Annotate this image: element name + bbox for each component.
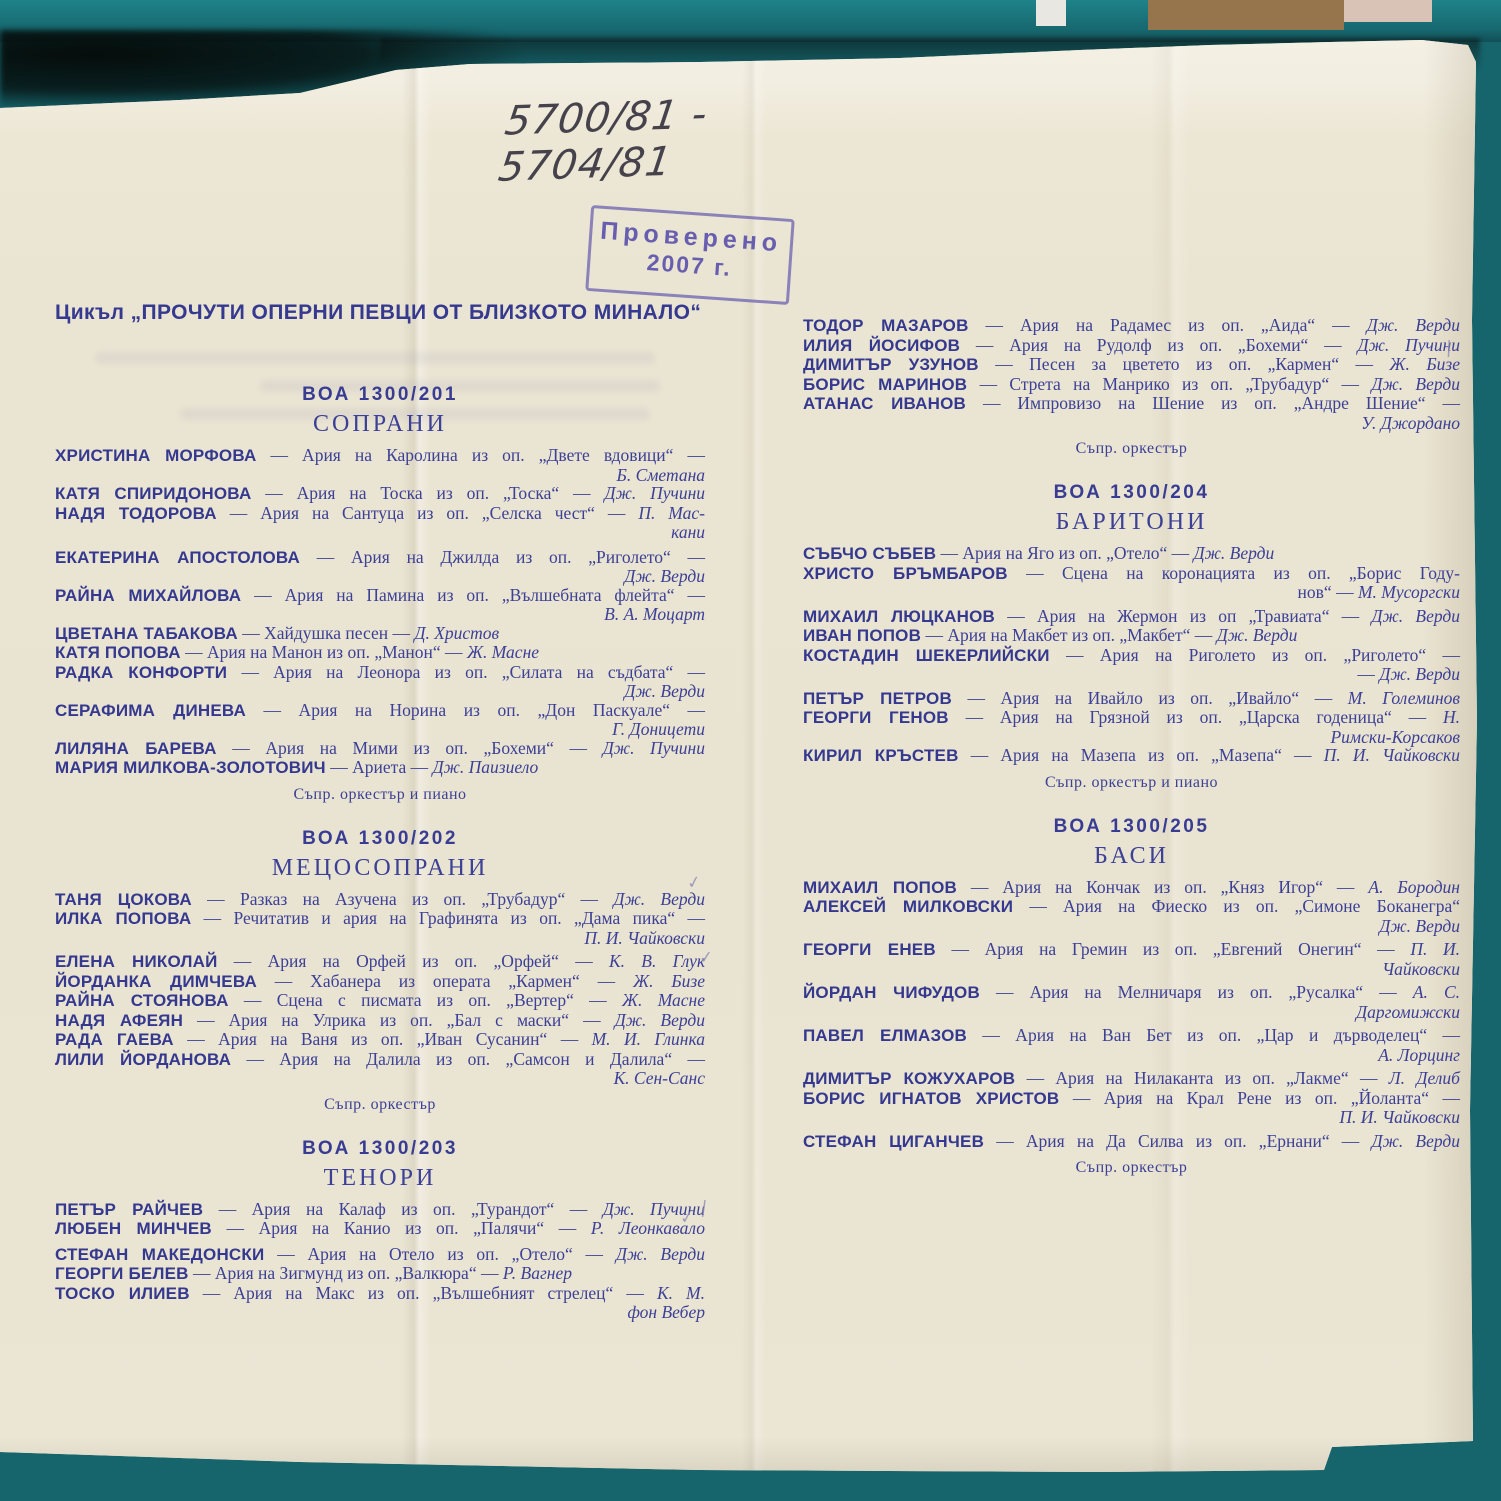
composer-name: П. И. Чайковски — [1324, 745, 1460, 765]
entry-line: фон Вебер — [55, 1303, 705, 1322]
composer-name: Ж. Масне — [467, 642, 539, 662]
list-entry: СЕРАФИМА ДИНЕВА — Ария на Норина из оп. … — [55, 701, 705, 739]
work-text: нов“ — — [1298, 582, 1358, 602]
work-text: — Ария на Норина из оп. „Дон Паскуале“ — — [246, 700, 705, 720]
entry-line: ЙОРДАН ЧИФУДОВ — Ария на Мелничаря из оп… — [803, 983, 1460, 1003]
composer-name: Римски-Корсаков — [1330, 727, 1460, 747]
pen-checkmark: | — [700, 1198, 708, 1219]
entry-line: Римски-Корсаков — [803, 728, 1460, 747]
list-entry: ГЕОРГИ ГЕНОВ — Ария на Грязной из оп. „Ц… — [803, 708, 1460, 746]
entry-line: У. Джордано — [803, 414, 1460, 433]
composer-name: Дж. Пучини — [604, 483, 705, 503]
entry-line: ТОСКО ИЛИЕВ — Ария на Макс из оп. „Вълше… — [55, 1284, 705, 1304]
pen-checkmark: | — [1445, 338, 1452, 358]
singer-name: ГЕОРГИ ГЕНОВ — [803, 708, 949, 727]
voice-type-heading: МЕЦОСОПРАНИ — [55, 854, 705, 882]
composer-name: Дж. Паизиело — [432, 757, 538, 777]
list-entry: ГЕОРГИ ЕНЕВ — Ария на Гремин из оп. „Евг… — [803, 940, 1460, 978]
singer-name: ИЛИЯ ЙОСИФОВ — [803, 336, 960, 355]
entry-line: ПЕТЪР ПЕТРОВ — Ария на Ивайло из оп. „Ив… — [803, 689, 1460, 709]
entry-line: К. Сен-Санс — [55, 1069, 705, 1088]
singer-name: ПЕТЪР ПЕТРОВ — [803, 689, 952, 708]
composer-name: У. Джордано — [1361, 413, 1460, 433]
composer-name: Дж. Верди — [1194, 543, 1275, 563]
entry-line: МАРИЯ МИЛКОВА-ЗОЛОТОВИЧ — Ариета — Дж. П… — [55, 758, 705, 778]
entry-line: БОРИС ИГНАТОВ ХРИСТОВ — Ария на Крал Рен… — [803, 1089, 1460, 1109]
singer-name: АТАНАС ИВАНОВ — [803, 394, 966, 413]
entry-line: Дж. Верди — [55, 682, 705, 701]
singer-name: ДИМИТЪР УЗУНОВ — [803, 355, 979, 374]
list-entry: ПЕТЪР РАЙЧЕВ — Ария на Калаф из оп. „Тур… — [55, 1200, 705, 1220]
work-text: — Импровизо на Шение из оп. „Андре Шение… — [966, 393, 1460, 413]
composer-name: В. А. Моцарт — [604, 604, 705, 624]
entry-line: Б. Сметана — [55, 466, 705, 485]
work-text: — Ария на Риголето из оп. „Риголето“ — — [1050, 645, 1460, 665]
singer-name: ЙОРДАН ЧИФУДОВ — [803, 983, 980, 1002]
work-text: — Ария на Крал Рене из оп. „Йоланта“ — — [1059, 1088, 1460, 1108]
composer-name: Ж. Бизе — [633, 971, 705, 991]
composer-name: Дж. Верди — [624, 681, 705, 701]
work-text: — Ария на Улрика из оп. „Бал с маски“ — — [183, 1010, 615, 1030]
entry-line: ТОДОР МАЗАРОВ — Ария на Радамес из оп. „… — [803, 316, 1460, 336]
list-entry: ХРИСТО БРЪМБАРОВ — Сцена на коронацията … — [803, 564, 1460, 602]
composer-name: Н. — [1443, 707, 1460, 727]
list-entry: ЛИЛИ ЙОРДАНОВА — Ария на Далила из оп. „… — [55, 1050, 705, 1088]
list-entry: МИХАИЛ ПОПОВ — Ария на Кончак из оп. „Кн… — [803, 878, 1460, 898]
entry-line: РАЙНА СТОЯНОВА — Сцена с писмата из оп. … — [55, 991, 705, 1011]
list-entry: ТОСКО ИЛИЕВ — Ария на Макс из оп. „Вълше… — [55, 1284, 705, 1322]
work-text: — Речитатив и ария на Графинята из оп. „… — [191, 908, 705, 928]
entry-line: Чайковски — [803, 960, 1460, 979]
composer-name: П. И. Чайковски — [584, 928, 705, 948]
composer-name: К. Сен-Санс — [614, 1068, 705, 1088]
list-entry: СТЕФАН МАКЕДОНСКИ — Ария на Отело из оп.… — [55, 1245, 705, 1265]
scanned-record-sleeve: { "handwriting": "5700/81 - 5704/81", "s… — [0, 0, 1501, 1501]
singer-name: РАЙНА МИХАЙЛОВА — [55, 586, 241, 605]
singer-name: ХРИСТИНА МОРФОВА — [55, 446, 256, 465]
composer-name: А. С. — [1413, 982, 1460, 1002]
catalog-number: ВОА 1300/205 — [803, 816, 1460, 838]
singer-name: АЛЕКСЕЙ МИЛКОВСКИ — [803, 897, 1013, 916]
entry-line: А. Лорцинг — [803, 1046, 1460, 1065]
entry-line: — Дж. Верди — [803, 665, 1460, 684]
singer-name: ЕЛЕНА НИКОЛАЙ — [55, 952, 218, 971]
entry-line: ЦВЕТАНА ТАБАКОВА — Хайдушка песен — Д. Х… — [55, 624, 705, 644]
list-entry: КАТЯ ПОПОВА — Ария на Манон из оп. „Мано… — [55, 643, 705, 663]
singer-name: РАДА ГАЕВА — [55, 1030, 174, 1049]
entry-line: Даргомижски — [803, 1003, 1460, 1022]
work-text: — Хайдушка песен — — [238, 623, 414, 643]
work-text: — Ария на Тоска из оп. „Тоска“ — — [251, 483, 604, 503]
entry-line: МИХАИЛ ЛЮЦКАНОВ — Ария на Жермон из оп „… — [803, 607, 1460, 627]
work-text: — Ария на Мелничаря из оп. „Русалка“ — — [980, 982, 1413, 1002]
voice-type-heading: ТЕНОРИ — [55, 1164, 705, 1192]
work-text: — Разказ на Азучена из оп. „Трубадур“ — — [192, 889, 613, 909]
singer-name: РАДКА КОНФОРТИ — [55, 663, 227, 682]
work-text: — Стрета на Манрико из оп. „Трубадур“ — — [967, 374, 1371, 394]
entry-line: РАДКА КОНФОРТИ — Ария на Леонора из оп. … — [55, 663, 705, 683]
work-text: — Ария на Памина из оп. „Вълшебната флей… — [241, 585, 705, 605]
entry-line: ДИМИТЪР УЗУНОВ — Песен за цветето из оп.… — [803, 355, 1460, 375]
entry-line: КАТЯ СПИРИДОНОВА — Ария на Тоска из оп. … — [55, 484, 705, 504]
composer-name: кани — [671, 522, 705, 542]
composer-name: М. И. Глинка — [592, 1029, 705, 1049]
composer-name: Ж. Масне — [622, 990, 705, 1010]
composer-name: Дж. Верди — [1371, 606, 1460, 626]
list-entry: КОСТАДИН ШЕКЕРЛИЙСКИ — Ария на Риголето … — [803, 646, 1460, 684]
entry-line: ГЕОРГИ БЕЛЕВ — Ария на Зигмунд из оп. „В… — [55, 1264, 705, 1284]
entry-line: РАЙНА МИХАЙЛОВА — Ария на Памина из оп. … — [55, 586, 705, 606]
entry-line: кани — [55, 523, 705, 542]
work-text: — Сцена с писмата из оп. „Вертер“ — — [229, 990, 622, 1010]
composer-name: Дж. Верди — [1379, 916, 1460, 936]
record-sleeve-back-cover: 5700/81 - 5704/81 Проверено 2007 г. Цикъ… — [0, 0, 1501, 1501]
composer-name: П. И. Чайковски — [1339, 1107, 1460, 1127]
singer-name: КАТЯ ПОПОВА — [55, 643, 181, 662]
singer-name: МАРИЯ МИЛКОВА-ЗОЛОТОВИЧ — [55, 758, 326, 777]
list-entry: СТЕФАН ЦИГАНЧЕВ — Ария на Да Силва из оп… — [803, 1132, 1460, 1152]
work-text: — Ария на Мими из оп. „Бохеми“ — — [217, 738, 603, 758]
singer-name: СТЕФАН МАКЕДОНСКИ — [55, 1245, 264, 1264]
singer-name: ДИМИТЪР КОЖУХАРОВ — [803, 1069, 1015, 1088]
work-text: — Ария на Радамес из оп. „Аида“ — — [969, 315, 1367, 335]
entry-line: КОСТАДИН ШЕКЕРЛИЙСКИ — Ария на Риголето … — [803, 646, 1460, 666]
entry-line: БОРИС МАРИНОВ — Стрета на Манрико из оп.… — [803, 375, 1460, 395]
list-entry: БОРИС ИГНАТОВ ХРИСТОВ — Ария на Крал Рен… — [803, 1089, 1460, 1127]
singer-name: МИХАИЛ ПОПОВ — [803, 878, 957, 897]
work-text: — Ария на Ивайло из оп. „Ивайло“ — — [952, 688, 1348, 708]
entry-line: ХРИСТО БРЪМБАРОВ — Сцена на коронацията … — [803, 564, 1460, 584]
list-entry: КАТЯ СПИРИДОНОВА — Ария на Тоска из оп. … — [55, 484, 705, 504]
list-entry: ЛЮБЕН МИНЧЕВ — Ария на Канио из оп. „Пал… — [55, 1219, 705, 1239]
entry-line: НАДЯ ТОДОРОВА — Ария на Сантуца из оп. „… — [55, 504, 705, 524]
entry-line: ДИМИТЪР КОЖУХАРОВ — Ария на Нилаканта из… — [803, 1069, 1460, 1089]
list-entry: РАЙНА МИХАЙЛОВА — Ария на Памина из оп. … — [55, 586, 705, 624]
work-text: — Ария на Нилаканта из оп. „Лакме“ — — [1015, 1068, 1389, 1088]
pen-checkmark: ✓ — [698, 947, 714, 968]
composer-name: Дж. Верди — [616, 1244, 705, 1264]
singer-name: ПЕТЪР РАЙЧЕВ — [55, 1200, 203, 1219]
composer-name: Дж. Верди — [1371, 1131, 1460, 1151]
composer-name: Дж. Пучини — [603, 738, 705, 758]
work-text: — Ария на Мазепа из оп. „Мазепа“ — — [959, 745, 1324, 765]
accompaniment-note: Съпр. оркестър и пиано — [803, 774, 1460, 792]
work-text: — Ария на Далила из оп. „Самсон и Далила… — [231, 1049, 705, 1069]
work-text: — Ария на Фиеско из оп. „Симоне Боканегр… — [1013, 896, 1460, 916]
singer-name: СТЕФАН ЦИГАНЧЕВ — [803, 1132, 984, 1151]
singer-name: ИВАН ПОПОВ — [803, 626, 921, 645]
entry-line: ГЕОРГИ ГЕНОВ — Ария на Грязной из оп. „Ц… — [803, 708, 1460, 728]
list-entry: ХРИСТИНА МОРФОВА — Ария на Каролина из о… — [55, 446, 705, 484]
list-entry: НАДЯ ТОДОРОВА — Ария на Сантуца из оп. „… — [55, 504, 705, 542]
work-text: — Ариета — — [326, 757, 433, 777]
work-text: — Ария на Да Силва из оп. „Ернани“ — — [984, 1131, 1371, 1151]
pen-checkmark: ✓ — [679, 1207, 696, 1229]
composer-name: Дж. Верди — [615, 1010, 705, 1030]
catalog-number: ВОА 1300/201 — [55, 384, 705, 406]
entry-line: МИХАИЛ ПОПОВ — Ария на Кончак из оп. „Кн… — [803, 878, 1460, 898]
singer-name: МИХАИЛ ЛЮЦКАНОВ — [803, 607, 995, 626]
singer-name: КАТЯ СПИРИДОНОВА — [55, 484, 251, 503]
list-entry: ЦВЕТАНА ТАБАКОВА — Хайдушка песен — Д. Х… — [55, 624, 705, 644]
composer-name: Дж. Верди — [1371, 374, 1460, 394]
composer-name: Дж. Пучини — [1357, 335, 1460, 355]
list-entry: ИЛКА ПОПОВА — Речитатив и ария на Графин… — [55, 909, 705, 947]
accompaniment-note: Съпр. оркестър — [803, 1159, 1460, 1177]
list-entry: ДИМИТЪР УЗУНОВ — Песен за цветето из оп.… — [803, 355, 1460, 375]
singer-name: ТОСКО ИЛИЕВ — [55, 1284, 190, 1303]
work-text: — Ария на Жермон из оп „Травиата“ — — [995, 606, 1371, 626]
singer-name: НАДЯ АФЕЯН — [55, 1011, 183, 1030]
singer-name: ЕКАТЕРИНА АПОСТОЛОВА — [55, 548, 300, 567]
entry-line: НАДЯ АФЕЯН — Ария на Улрика из оп. „Бал … — [55, 1011, 705, 1031]
entry-line: АЛЕКСЕЙ МИЛКОВСКИ — Ария на Фиеско из оп… — [803, 897, 1460, 917]
work-text: — Ария на Манон из оп. „Манон“ — — [181, 642, 467, 662]
entry-line: ПЕТЪР РАЙЧЕВ — Ария на Калаф из оп. „Тур… — [55, 1200, 705, 1220]
composer-name: Р. Вагнер — [503, 1263, 572, 1283]
work-text: — Ария на Зигмунд из оп. „Валкюра“ — — [189, 1263, 503, 1283]
entry-line: ЕКАТЕРИНА АПОСТОЛОВА — Ария на Джилда из… — [55, 548, 705, 568]
list-entry: СЪБЧО СЪБЕВ — Ария на Яго из оп. „Отело“… — [803, 544, 1460, 564]
singer-name: БОРИС МАРИНОВ — [803, 375, 967, 394]
list-entry: ГЕОРГИ БЕЛЕВ — Ария на Зигмунд из оп. „В… — [55, 1264, 705, 1284]
entry-line: ИВАН ПОПОВ — Ария на Макбет из оп. „Макб… — [803, 626, 1460, 646]
work-text: — Ария на Яго из оп. „Отело“ — — [936, 543, 1193, 563]
work-text: — Ария на Макбет из оп. „Макбет“ — — [921, 625, 1217, 645]
right-text-column: ТОДОР МАЗАРОВ — Ария на Радамес из оп. „… — [803, 316, 1460, 1177]
entry-line: ТАНЯ ЦОКОВА — Разказ на Азучена из оп. „… — [55, 890, 705, 910]
work-text: — Хабанера из операта „Кармен“ — — [257, 971, 633, 991]
entry-line: ИЛИЯ ЙОСИФОВ — Ария на Рудолф из оп. „Бо… — [803, 336, 1460, 356]
entry-line: Дж. Верди — [803, 917, 1460, 936]
composer-name: Л. Делиб — [1389, 1068, 1460, 1088]
list-entry: ЕЛЕНА НИКОЛАЙ — Ария на Орфей из оп. „Ор… — [55, 952, 705, 972]
composer-name: Дж. Верди — [1379, 664, 1460, 684]
entry-line: В. А. Моцарт — [55, 605, 705, 624]
entry-line: СЕРАФИМА ДИНЕВА — Ария на Норина из оп. … — [55, 701, 705, 721]
work-text: — Ария на Джилда из оп. „Риголето“ — — [300, 547, 705, 567]
list-entry: РАДКА КОНФОРТИ — Ария на Леонора из оп. … — [55, 663, 705, 701]
singer-name: СЪБЧО СЪБЕВ — [803, 544, 936, 563]
entry-line: ГЕОРГИ ЕНЕВ — Ария на Гремин из оп. „Евг… — [803, 940, 1460, 960]
entry-line: П. И. Чайковски — [55, 929, 705, 948]
work-text: — Ария на Орфей из оп. „Орфей“ — — [218, 951, 610, 971]
work-text: — Ария на Ван Бет из оп. „Цар и дърводел… — [967, 1025, 1460, 1045]
composer-name: Д. Христов — [414, 623, 499, 643]
composer-name: Дж. Верди — [1217, 625, 1298, 645]
catalog-number: ВОА 1300/203 — [55, 1138, 705, 1160]
work-text: — Ария на Кончак из оп. „Княз Игор“ — — [957, 877, 1368, 897]
entry-line: РАДА ГАЕВА — Ария на Ваня из оп. „Иван С… — [55, 1030, 705, 1050]
handwritten-catalog-range: 5700/81 - 5704/81 — [496, 85, 889, 191]
list-entry: БОРИС МАРИНОВ — Стрета на Манрико из оп.… — [803, 375, 1460, 395]
entry-line: КАТЯ ПОПОВА — Ария на Манон из оп. „Мано… — [55, 643, 705, 663]
entry-line: ЕЛЕНА НИКОЛАЙ — Ария на Орфей из оп. „Ор… — [55, 952, 705, 972]
work-text: — Ария на Макс из оп. „Вълшебният стреле… — [190, 1283, 657, 1303]
accompaniment-note: Съпр. оркестър и пиано — [55, 786, 705, 804]
composer-name: Чайковски — [1382, 959, 1460, 979]
singer-name: РАЙНА СТОЯНОВА — [55, 991, 229, 1010]
entry-line: ХРИСТИНА МОРФОВА — Ария на Каролина из о… — [55, 446, 705, 466]
list-entry: ИЛИЯ ЙОСИФОВ — Ария на Рудолф из оп. „Бо… — [803, 336, 1460, 356]
entry-line: ЛИЛИ ЙОРДАНОВА — Ария на Далила из оп. „… — [55, 1050, 705, 1070]
list-entry: ПАВЕЛ ЕЛМАЗОВ — Ария на Ван Бет из оп. „… — [803, 1026, 1460, 1064]
catalog-number: ВОА 1300/202 — [55, 828, 705, 850]
work-text: — Сцена на коронацията из оп. „Борис Год… — [1008, 563, 1460, 583]
catalog-number: ВОА 1300/204 — [803, 482, 1460, 504]
singer-name: ЛИЛЯНА БАРЕВА — [55, 739, 217, 758]
list-entry: РАЙНА СТОЯНОВА — Сцена с писмата из оп. … — [55, 991, 705, 1011]
work-text: — Ария на Сантуца из оп. „Селска чест“ — — [217, 503, 639, 523]
composer-name: К. В. Глук — [609, 951, 705, 971]
list-entry: КИРИЛ КРЪСТЕВ — Ария на Мазепа из оп. „М… — [803, 746, 1460, 766]
entry-line: ЙОРДАНКА ДИМЧЕВА — Хабанера из операта „… — [55, 972, 705, 992]
work-text: — Ария на Каролина из оп. „Двете вдовици… — [256, 445, 705, 465]
list-entry: ЙОРДАНКА ДИМЧЕВА — Хабанера из операта „… — [55, 972, 705, 992]
series-title: Цикъл „ПРОЧУТИ ОПЕРНИ ПЕВЦИ ОТ БЛИЗКОТО … — [55, 300, 705, 326]
composer-name: П. И. — [1410, 939, 1460, 959]
composer-name: А. Лорцинг — [1378, 1045, 1460, 1065]
list-entry: МАРИЯ МИЛКОВА-ЗОЛОТОВИЧ — Ариета — Дж. П… — [55, 758, 705, 778]
entry-line: П. И. Чайковски — [803, 1108, 1460, 1127]
list-entry: АТАНАС ИВАНОВ — Импровизо на Шение из оп… — [803, 394, 1460, 432]
singer-name: ХРИСТО БРЪМБАРОВ — [803, 564, 1008, 583]
composer-name: Б. Сметана — [617, 465, 705, 485]
composer-name: А. Бородин — [1368, 877, 1460, 897]
composer-name: Г. Доницети — [612, 719, 705, 739]
singer-name: КОСТАДИН ШЕКЕРЛИЙСКИ — [803, 646, 1050, 665]
work-text: — Песен за цветето из оп. „Кармен“ — — [979, 354, 1390, 374]
list-entry: ЛИЛЯНА БАРЕВА — Ария на Мими из оп. „Бох… — [55, 739, 705, 759]
accompaniment-note: Съпр. оркестър — [803, 440, 1460, 458]
singer-name: НАДЯ ТОДОРОВА — [55, 504, 217, 523]
entry-line: нов“ — М. Мусоргски — [803, 583, 1460, 602]
composer-name: П. Мас- — [638, 503, 705, 523]
work-text: — Ария на Леонора из оп. „Силата на съдб… — [227, 662, 705, 682]
work-text: — Ария на Калаф из оп. „Турандот“ — — [203, 1199, 603, 1219]
composer-name: М. Мусоргски — [1358, 582, 1460, 602]
entry-line: СТЕФАН ЦИГАНЧЕВ — Ария на Да Силва из оп… — [803, 1132, 1460, 1152]
left-text-column: Цикъл „ПРОЧУТИ ОПЕРНИ ПЕВЦИ ОТ БЛИЗКОТО … — [55, 300, 705, 1322]
composer-name: К. М. — [657, 1283, 705, 1303]
library-check-stamp: Проверено 2007 г. — [585, 205, 795, 305]
work-text: — Ария на Отело из оп. „Отело“ — — [264, 1244, 615, 1264]
composer-name: фон Вебер — [627, 1302, 705, 1322]
entry-line: Г. Доницети — [55, 720, 705, 739]
list-entry: ТАНЯ ЦОКОВА — Разказ на Азучена из оп. „… — [55, 890, 705, 910]
work-text: — Ария на Грязной из оп. „Царска годениц… — [949, 707, 1443, 727]
list-entry: ЕКАТЕРИНА АПОСТОЛОВА — Ария на Джилда из… — [55, 548, 705, 586]
singer-name: ГЕОРГИ БЕЛЕВ — [55, 1264, 189, 1283]
paper-edge-shading — [0, 1437, 1501, 1477]
singer-name: ЛИЛИ ЙОРДАНОВА — [55, 1050, 231, 1069]
list-entry: ДИМИТЪР КОЖУХАРОВ — Ария на Нилаканта из… — [803, 1069, 1460, 1089]
singer-name: ТОДОР МАЗАРОВ — [803, 316, 969, 335]
entry-line: СТЕФАН МАКЕДОНСКИ — Ария на Отело из оп.… — [55, 1245, 705, 1265]
entry-line: СЪБЧО СЪБЕВ — Ария на Яго из оп. „Отело“… — [803, 544, 1460, 564]
singer-name: ЙОРДАНКА ДИМЧЕВА — [55, 972, 257, 991]
list-entry: РАДА ГАЕВА — Ария на Ваня из оп. „Иван С… — [55, 1030, 705, 1050]
list-entry: НАДЯ АФЕЯН — Ария на Улрика из оп. „Бал … — [55, 1011, 705, 1031]
entry-line: ЛИЛЯНА БАРЕВА — Ария на Мими из оп. „Бох… — [55, 739, 705, 759]
singer-name: ИЛКА ПОПОВА — [55, 909, 191, 928]
singer-name: ТАНЯ ЦОКОВА — [55, 890, 192, 909]
composer-name: Дж. Верди — [624, 566, 705, 586]
entry-line: ПАВЕЛ ЕЛМАЗОВ — Ария на Ван Бет из оп. „… — [803, 1026, 1460, 1046]
list-entry: ИВАН ПОПОВ — Ария на Макбет из оп. „Макб… — [803, 626, 1460, 646]
entry-line: КИРИЛ КРЪСТЕВ — Ария на Мазепа из оп. „М… — [803, 746, 1460, 766]
list-entry: АЛЕКСЕЙ МИЛКОВСКИ — Ария на Фиеско из оп… — [803, 897, 1460, 935]
background-wood-object — [1148, 0, 1344, 30]
accompaniment-note: Съпр. оркестър — [55, 1096, 705, 1114]
list-entry: ТОДОР МАЗАРОВ — Ария на Радамес из оп. „… — [803, 316, 1460, 336]
voice-type-heading: СОПРАНИ — [55, 410, 705, 438]
entry-line: ЛЮБЕН МИНЧЕВ — Ария на Канио из оп. „Пал… — [55, 1219, 705, 1239]
list-entry: ПЕТЪР ПЕТРОВ — Ария на Ивайло из оп. „Ив… — [803, 689, 1460, 709]
entry-line: АТАНАС ИВАНОВ — Импровизо на Шение из оп… — [803, 394, 1460, 414]
list-entry: ЙОРДАН ЧИФУДОВ — Ария на Мелничаря из оп… — [803, 983, 1460, 1021]
composer-name: Даргомижски — [1356, 1002, 1460, 1022]
singer-name: КИРИЛ КРЪСТЕВ — [803, 746, 959, 765]
singer-name: ЛЮБЕН МИНЧЕВ — [55, 1219, 212, 1238]
background-white-object — [1036, 0, 1066, 26]
composer-name: М. Големинов — [1348, 688, 1460, 708]
work-text: — — [1357, 664, 1379, 684]
singer-name: ГЕОРГИ ЕНЕВ — [803, 940, 936, 959]
voice-type-heading: БАСИ — [803, 842, 1460, 870]
singer-name: ПАВЕЛ ЕЛМАЗОВ — [803, 1026, 967, 1045]
background-pink-object — [1344, 0, 1432, 22]
work-text: — Ария на Ваня из оп. „Иван Сусанин“ — — [174, 1029, 592, 1049]
work-text: — Ария на Гремин из оп. „Евгений Онегин“… — [936, 939, 1410, 959]
singer-name: ЦВЕТАНА ТАБАКОВА — [55, 624, 238, 643]
work-text: — Ария на Канио из оп. „Палячи“ — — [212, 1218, 591, 1238]
entry-line: ИЛКА ПОПОВА — Речитатив и ария на Графин… — [55, 909, 705, 929]
voice-type-heading: БАРИТОНИ — [803, 508, 1460, 536]
work-text: — Ария на Рудолф из оп. „Бохеми“ — — [960, 335, 1357, 355]
singer-name: БОРИС ИГНАТОВ ХРИСТОВ — [803, 1089, 1059, 1108]
singer-name: СЕРАФИМА ДИНЕВА — [55, 701, 246, 720]
list-entry: МИХАИЛ ЛЮЦКАНОВ — Ария на Жермон из оп „… — [803, 607, 1460, 627]
composer-name: Дж. Верди — [1367, 315, 1460, 335]
entry-line: Дж. Верди — [55, 567, 705, 586]
